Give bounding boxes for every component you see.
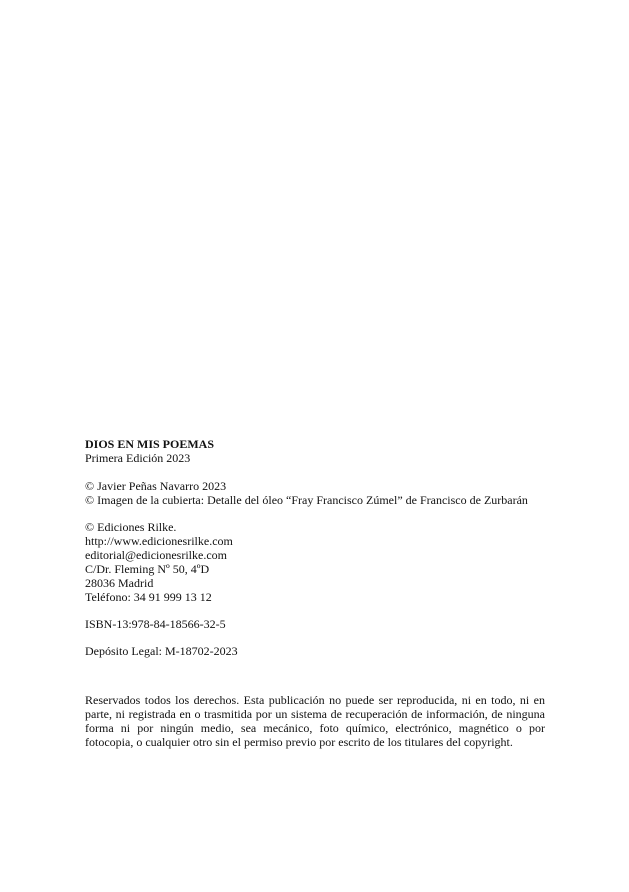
book-title: DIOS EN MIS POEMAS bbox=[85, 437, 214, 451]
publisher-phone: Teléfono: 34 91 999 13 12 bbox=[85, 590, 233, 604]
publisher-address: C/Dr. Fleming Nº 50, 4ºD bbox=[85, 562, 233, 576]
cover-image-credit: © Imagen de la cubierta: Detalle del óle… bbox=[85, 493, 528, 507]
isbn-block: ISBN-13:978-84-18566-32-5 bbox=[85, 617, 226, 631]
publisher-block: © Ediciones Rilke. http://www.edicionesr… bbox=[85, 520, 233, 604]
publisher-name: © Ediciones Rilke. bbox=[85, 520, 233, 534]
publisher-website: http://www.edicionesrilke.com bbox=[85, 534, 233, 548]
publisher-email: editorial@edicionesrilke.com bbox=[85, 548, 233, 562]
author-copyright: © Javier Peñas Navarro 2023 bbox=[85, 479, 528, 493]
edition-line: Primera Edición 2023 bbox=[85, 451, 214, 465]
copyright-block: © Javier Peñas Navarro 2023 © Imagen de … bbox=[85, 479, 528, 507]
copyright-page: DIOS EN MIS POEMAS Primera Edición 2023 … bbox=[0, 0, 629, 892]
legal-deposit: Depósito Legal: M-18702-2023 bbox=[85, 644, 238, 658]
publisher-city: 28036 Madrid bbox=[85, 576, 233, 590]
legal-deposit-block: Depósito Legal: M-18702-2023 bbox=[85, 644, 238, 658]
title-block: DIOS EN MIS POEMAS Primera Edición 2023 bbox=[85, 437, 214, 465]
rights-notice: Reservados todos los derechos. Esta publ… bbox=[85, 693, 545, 749]
isbn: ISBN-13:978-84-18566-32-5 bbox=[85, 617, 226, 631]
